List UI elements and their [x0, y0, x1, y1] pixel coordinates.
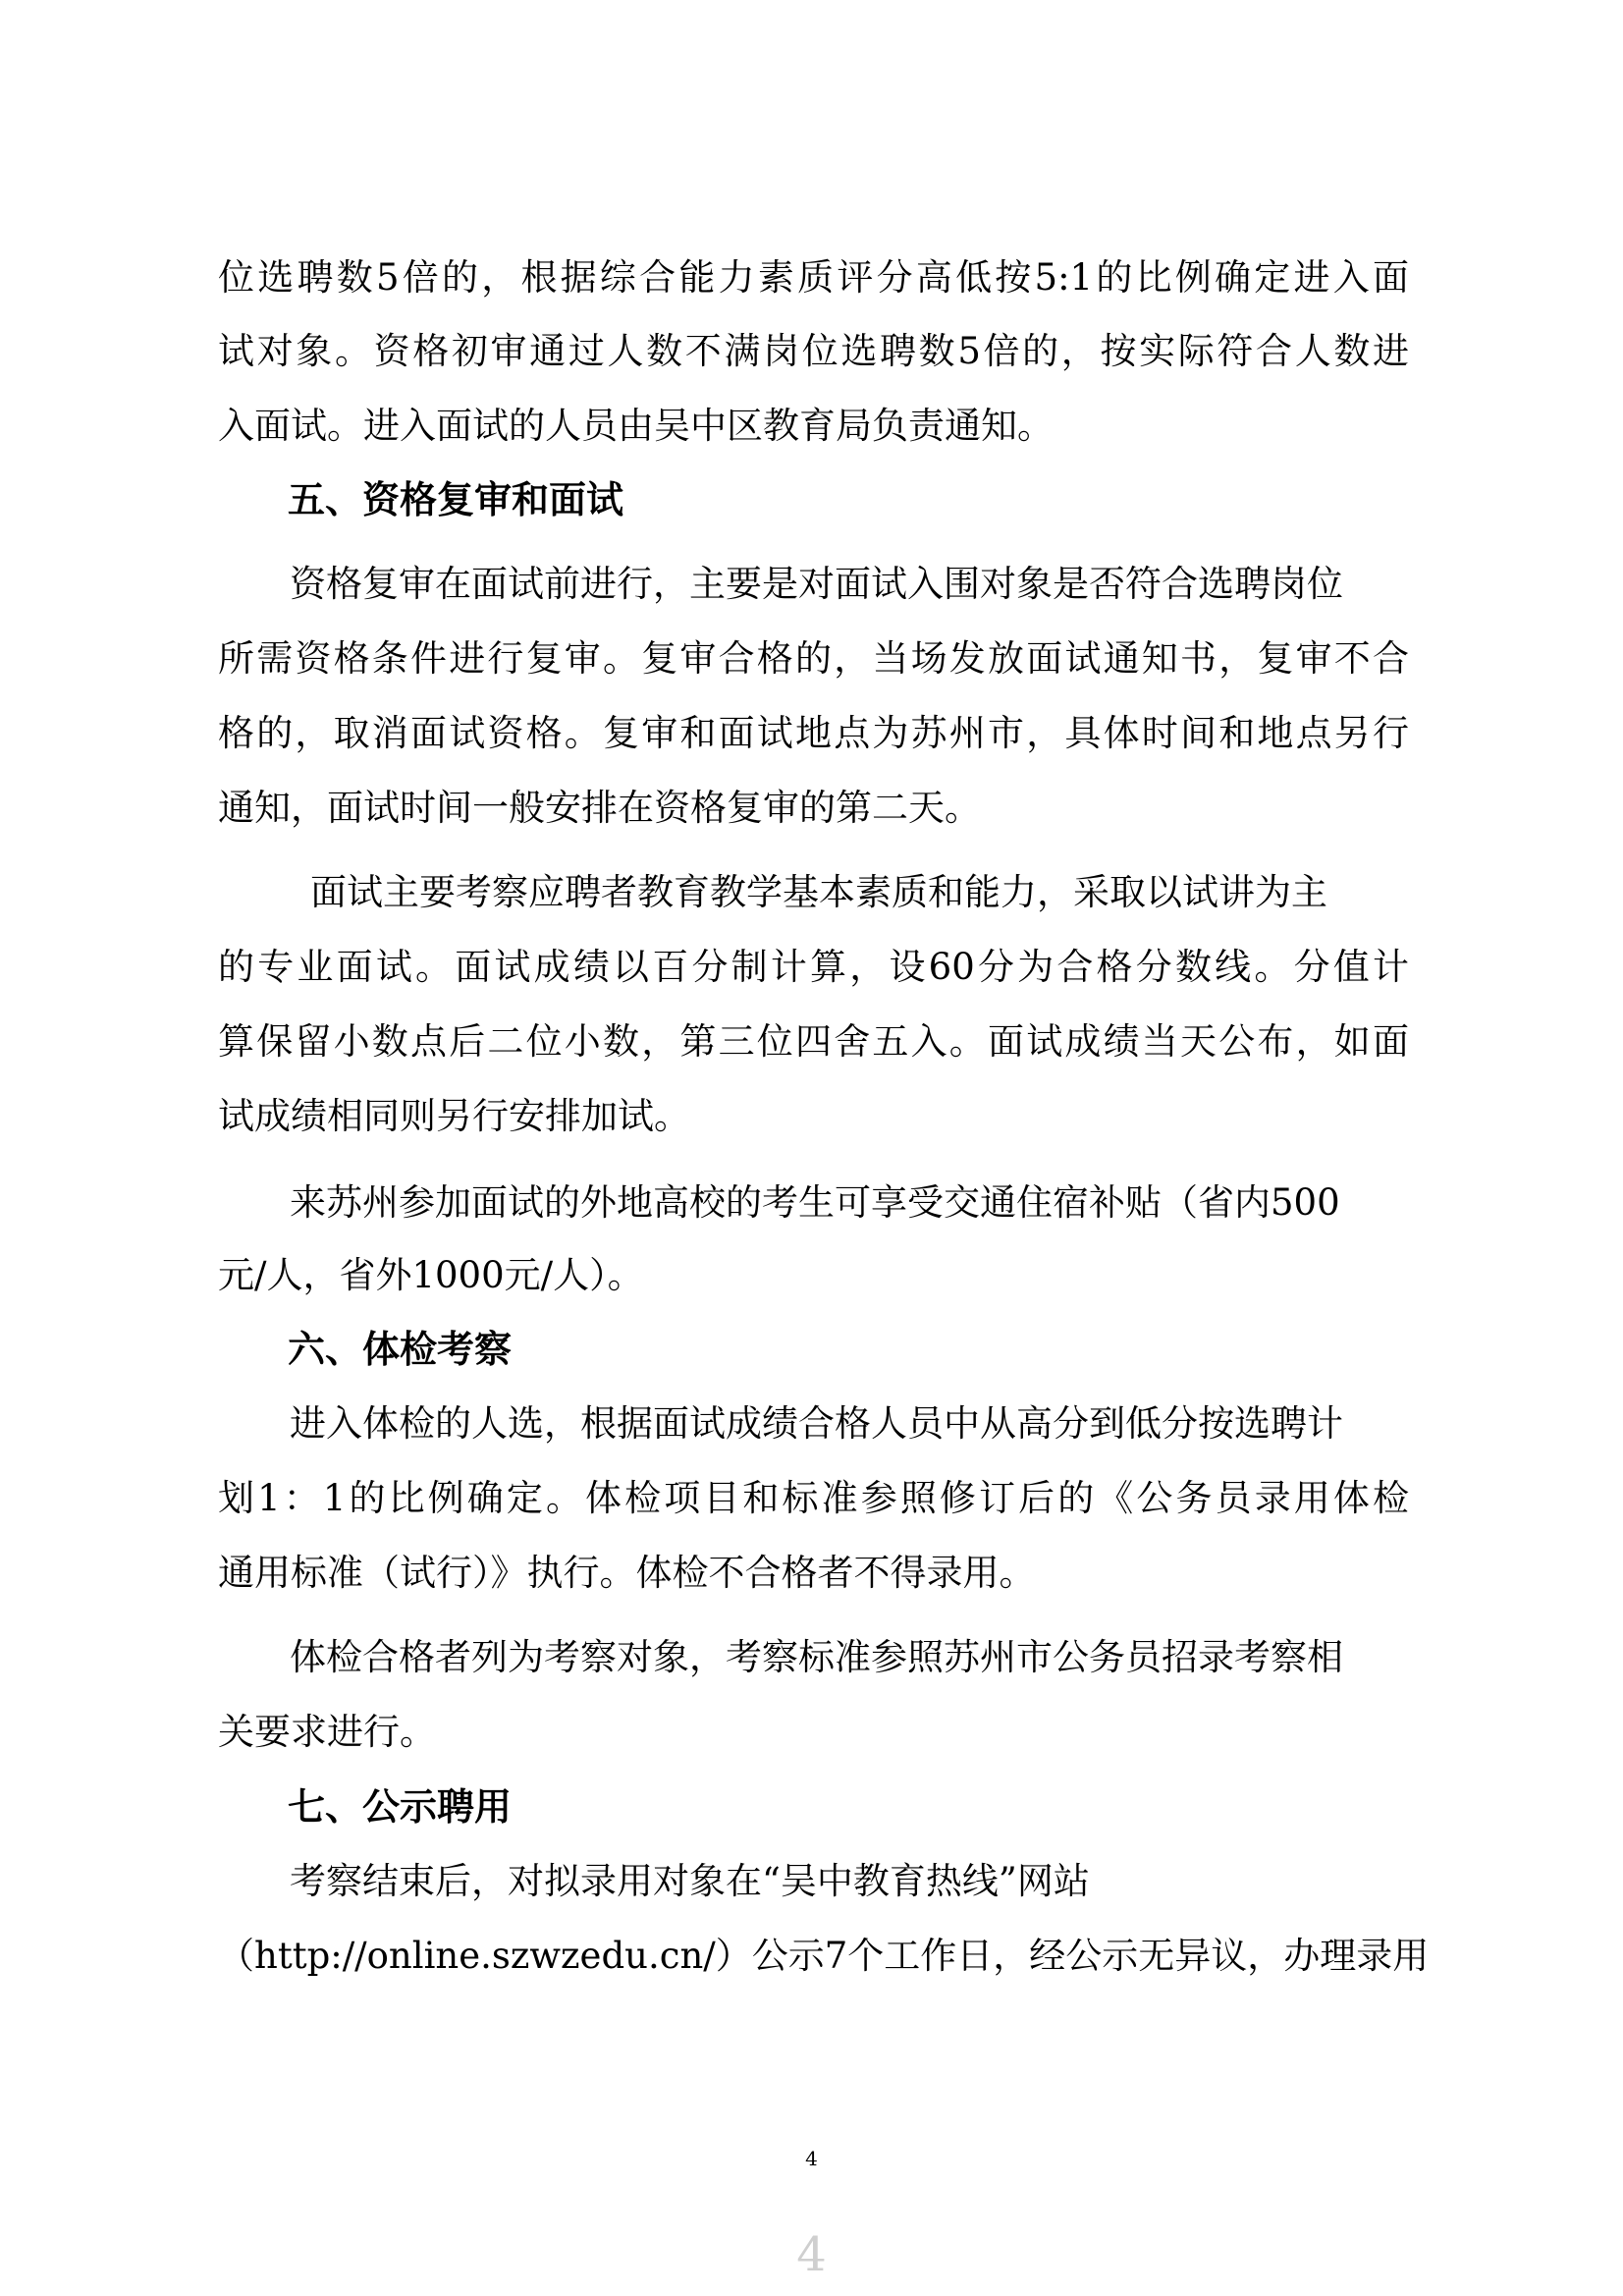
paragraph-line: 通知，面试时间一般安排在资格复审的第二天。 [218, 771, 1409, 846]
paragraph-line: 算保留小数点后二位小数，第三位四舍五入。面试成绩当天公布，如面 [218, 1005, 1409, 1079]
paragraph-line: 所需资格条件进行复审。复审合格的，当场发放面试通知书，复审不合 [218, 622, 1409, 696]
page-number: 4 [0, 2147, 1623, 2170]
paragraph-line: 体检合格者列为考察对象，考察标准参照苏州市公务员招录考察相 [290, 1620, 1409, 1695]
paragraph-line: 入面试。进入面试的人员由吴中区教育局负责通知。 [218, 389, 1409, 464]
paragraph-line: 进入体检的人选，根据面试成绩合格人员中从高分到低分按选聘计 [290, 1387, 1409, 1461]
section-heading: 六、体检考察 [288, 1312, 512, 1387]
paragraph-line: 的专业面试。面试成绩以百分制计算，设60分为合格分数线。分值计 [218, 930, 1409, 1005]
paragraph-line: （http://online.szwzedu.cn/）公示7个工作日，经公示无异… [218, 1919, 1409, 1994]
section-heading: 五、资格复审和面试 [288, 463, 623, 537]
paragraph-line: 通用标准（试行）》执行。体检不合格者不得录用。 [218, 1536, 1409, 1611]
page-number-watermark: 4 [0, 2227, 1623, 2282]
document-page: 位选聘数5倍的，根据综合能力素质评分高低按5:1的比例确定进入面试对象。资格初审… [0, 0, 1623, 2296]
paragraph-line: 资格复审在面试前进行，主要是对面试入围对象是否符合选聘岗位 [290, 547, 1409, 622]
paragraph-line: 元/人，省外1000元/人）。 [218, 1238, 1409, 1313]
paragraph-line: 试对象。资格初审通过人数不满岗位选聘数5倍的，按实际符合人数进 [218, 314, 1409, 389]
section-heading: 七、公示聘用 [288, 1770, 512, 1844]
paragraph-line: 格的，取消面试资格。复审和面试地点为苏州市，具体时间和地点另行 [218, 696, 1409, 771]
paragraph-line: 来苏州参加面试的外地高校的考生可享受交通住宿补贴（省内500 [290, 1166, 1409, 1240]
paragraph-line: 面试主要考察应聘者教育教学基本素质和能力，采取以试讲为主 [310, 855, 1409, 930]
paragraph-line: 考察结束后，对拟录用对象在“吴中教育热线”网站 [290, 1844, 1409, 1919]
paragraph-line: 划1：1的比例确定。体检项目和标准参照修订后的《公务员录用体检 [218, 1461, 1409, 1536]
paragraph-line: 位选聘数5倍的，根据综合能力素质评分高低按5:1的比例确定进入面 [218, 241, 1409, 315]
paragraph-line: 试成绩相同则另行安排加试。 [218, 1079, 1409, 1154]
paragraph-line: 关要求进行。 [218, 1695, 1409, 1770]
